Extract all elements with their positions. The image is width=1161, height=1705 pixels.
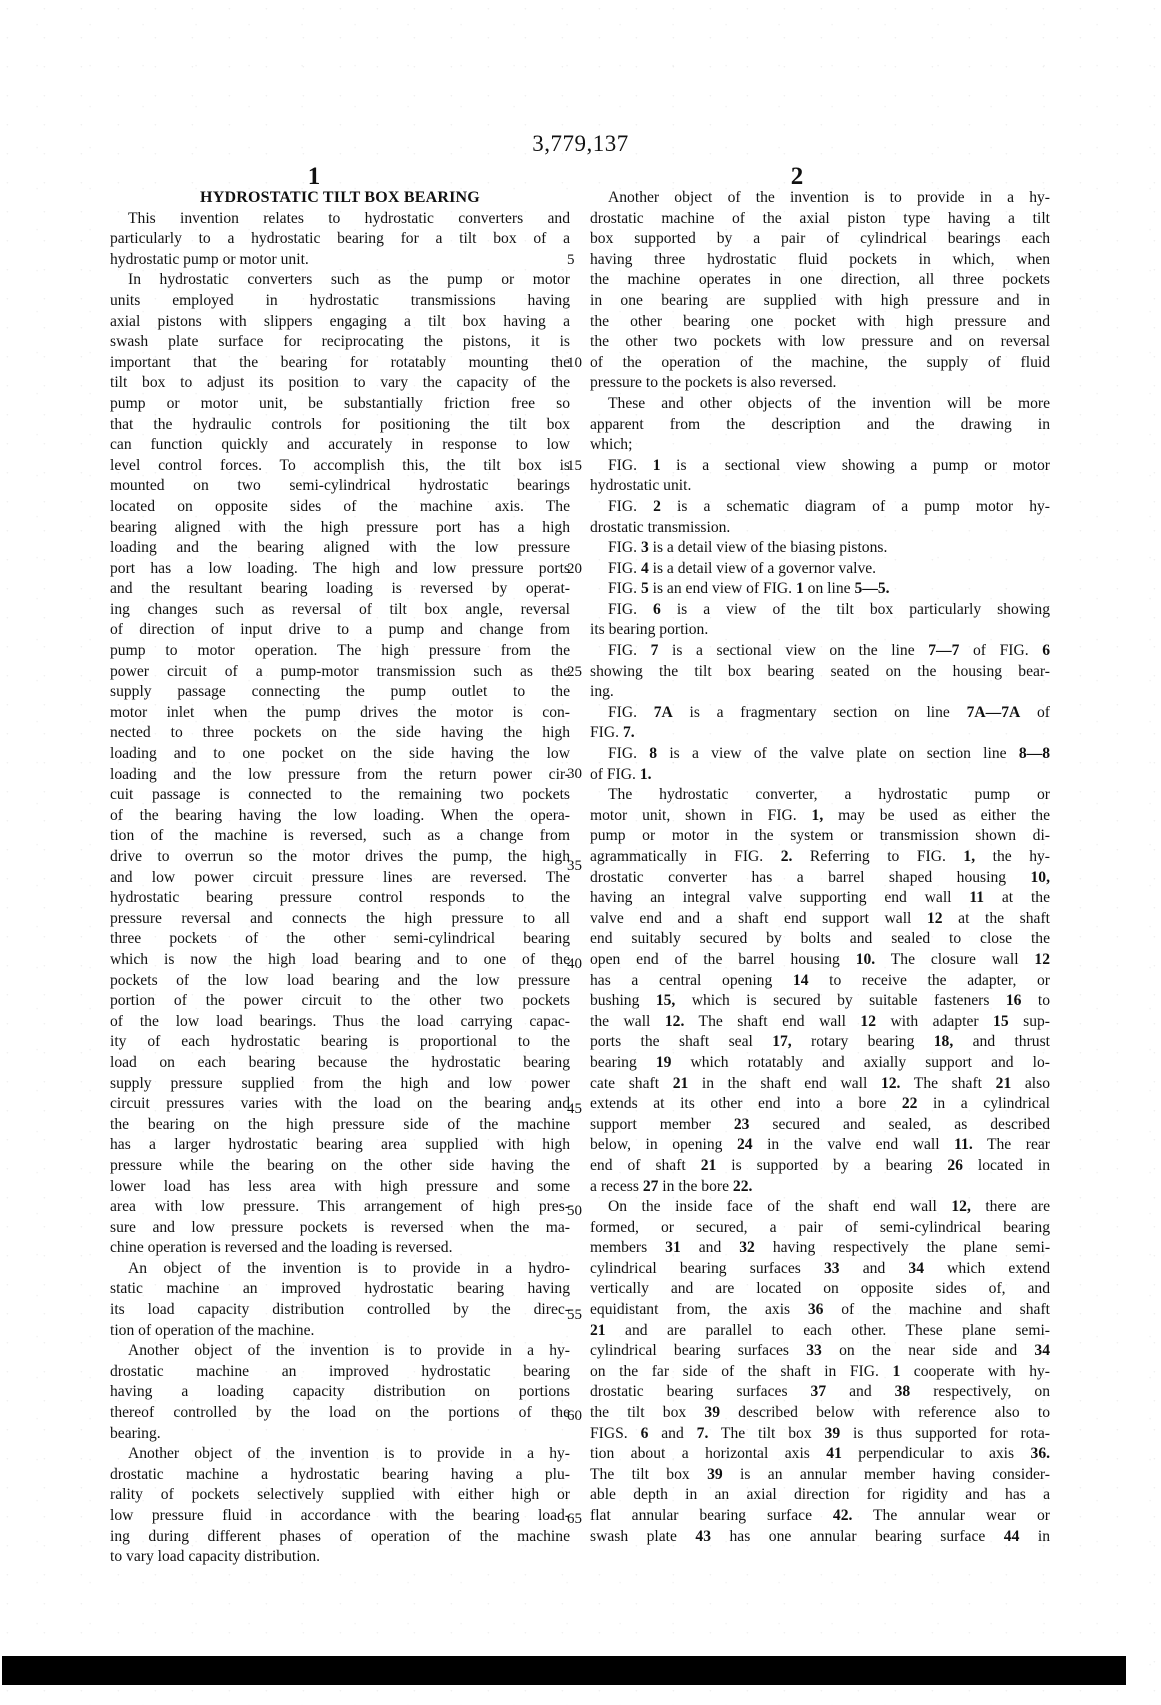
text-line: In hydrostatic converters such as the pu… [110,270,570,291]
text-line: pressure reversal and connects the high … [110,909,570,930]
text-line: FIG. 5 is an end view of FIG. 1 on line … [590,579,1050,600]
text-line: FIG. 1 is a sectional view showing a pum… [590,456,1050,477]
scan-border-bar [2,1656,1126,1685]
margin-line-number: 65 [567,1511,587,1528]
reference-numeral: 36. [1031,1445,1051,1462]
text-line: having a loading capacity distribution o… [110,1382,570,1403]
text-line: motor inlet when the pump drives the mot… [110,703,570,724]
text-line: FIG. 6 is a view of the tilt box particu… [590,600,1050,621]
text-line: able depth in an axial direction for rig… [590,1485,1050,1506]
text-line: FIG. 2 is a schematic diagram of a pump … [590,497,1050,518]
text-line: that the hydraulic controls for position… [110,415,570,436]
text-line: cylindrical bearing surfaces 33 on the n… [590,1341,1050,1362]
reference-numeral: 3 [641,539,649,556]
text-line: below, in opening 24 in the valve end wa… [590,1135,1050,1156]
left-column-body: This invention relates to hydrostatic co… [110,209,570,1568]
text-line: FIG. 7A is a fragmentary section on line… [590,703,1050,724]
reference-numeral: 21 [996,1075,1012,1092]
reference-numeral: 1, [812,807,824,824]
reference-numeral: 7. [697,1425,709,1442]
reference-numeral: 38 [895,1383,911,1400]
text-line: tion about a horizontal axis 41 perpendi… [590,1444,1050,1465]
text-line: loading and to one pocket on the side ha… [110,744,570,765]
text-line: ing during different phases of operation… [110,1527,570,1548]
text-line: loading and the bearing aligned with the… [110,538,570,559]
reference-numeral: 7 [651,642,659,659]
text-line: bearing aligned with the high pressure p… [110,518,570,539]
reference-numeral: 36 [808,1301,824,1318]
text-line: drostatic bearing surfaces 37 and 38 res… [590,1382,1050,1403]
reference-numeral: 10, [1031,869,1051,886]
left-column: HYDROSTATIC TILT BOX BEARING This invent… [110,188,570,1568]
text-line: showing the tilt box bearing seated on t… [590,662,1050,683]
text-line: cuit passage is connected to the remaini… [110,785,570,806]
text-line: the other bearing one pocket with high p… [590,312,1050,333]
margin-line-number: 55 [567,1307,587,1324]
text-line: thereof controlled by the load on the po… [110,1403,570,1424]
reference-numeral: 15 [993,1013,1009,1030]
text-line: loading and the low pressure from the re… [110,765,570,786]
text-line: the bearing on the high pressure side of… [110,1115,570,1136]
right-column-body: Another object of the invention is to pr… [590,188,1050,1547]
reference-numeral: 1 [653,457,661,474]
reference-numeral: 39 [704,1404,720,1421]
text-line: lower load has less area with high press… [110,1177,570,1198]
text-line: the tilt box 39 described below with ref… [590,1403,1050,1424]
reference-numeral: 21 [701,1157,717,1174]
text-line: valve end and a shaft end support wall 1… [590,909,1050,930]
reference-numeral: 8 [649,745,657,762]
reference-numeral: 21 [590,1322,606,1339]
reference-numeral: 32 [739,1239,755,1256]
text-line: end of shaft 21 is supported by a bearin… [590,1156,1050,1177]
text-line: pressure to the pockets is also reversed… [590,373,1050,394]
text-line: area with low pressure. This arrangement… [110,1197,570,1218]
text-line: pump or motor in the system or transmiss… [590,826,1050,847]
reference-numeral: 4 [641,560,649,577]
reference-numeral: 31 [665,1239,681,1256]
reference-numeral: 1 [892,1363,900,1380]
text-line: having an integral valve supporting end … [590,888,1050,909]
text-line: hydrostatic unit. [590,476,1050,497]
text-line: motor unit, shown in FIG. 1, may be used… [590,806,1050,827]
reference-numeral: 33 [806,1342,822,1359]
text-line: tion of the machine is reversed, such as… [110,826,570,847]
reference-numeral: 37 [811,1383,827,1400]
text-line: FIG. 8 is a view of the valve plate on s… [590,744,1050,765]
text-line: Another object of the invention is to pr… [110,1444,570,1465]
text-line: located on opposite sides of the machine… [110,497,570,518]
text-line: of FIG. 1. [590,765,1050,786]
reference-numeral: 16 [1006,992,1022,1009]
right-column: Another object of the invention is to pr… [590,188,1050,1547]
column-number-left: 1 [284,163,344,191]
reference-numeral: 22 [902,1095,918,1112]
reference-numeral: 6 [653,601,661,618]
text-line: mounted on two semi-cylindrical hydrosta… [110,476,570,497]
margin-line-number: 25 [567,664,587,681]
text-line: These and other objects of the invention… [590,394,1050,415]
reference-numeral: 12, [951,1198,971,1215]
reference-numeral: 26 [947,1157,963,1174]
text-line: pockets of the low load bearing and the … [110,971,570,992]
text-line: portion of the power circuit to the othe… [110,991,570,1012]
text-line: An object of the invention is to provide… [110,1259,570,1280]
reference-numeral: 12. [881,1075,901,1092]
text-line: ports the shaft seal 17, rotary bearing … [590,1032,1050,1053]
text-line: supply passage connecting the pump outle… [110,682,570,703]
reference-numeral: 12 [1034,951,1050,968]
text-line: of the low load bearings. Thus the load … [110,1012,570,1033]
text-line: having three hydrostatic fluid pockets i… [590,250,1050,271]
reference-numeral: 17, [772,1033,792,1050]
reference-numeral: 24 [737,1136,753,1153]
text-line: ing changes such as reversal of tilt box… [110,600,570,621]
text-line: and low power circuit pressure lines are… [110,868,570,889]
text-line: the machine operates in one direction, a… [590,270,1050,291]
margin-line-number: 20 [567,561,587,578]
text-line: load on each bearing because the hydrost… [110,1053,570,1074]
reference-numeral: 41 [826,1445,842,1462]
margin-line-number: 15 [567,458,587,475]
reference-numeral: 6 [1042,642,1050,659]
text-line: cylindrical bearing surfaces 33 and 34 w… [590,1259,1050,1280]
reference-numeral: 14 [793,972,809,989]
text-line: The hydrostatic converter, a hydrostatic… [590,785,1050,806]
text-line: FIG. 7. [590,723,1050,744]
text-line: equidistant from, the axis 36 of the mac… [590,1300,1050,1321]
text-line: level control forces. To accomplish this… [110,456,570,477]
text-line: pump or motor unit, be substantially fri… [110,394,570,415]
reference-numeral: 12 [860,1013,876,1030]
text-line: bearing. [110,1424,570,1445]
text-line: power circuit of a pump-motor transmissi… [110,662,570,683]
text-line: Another object of the invention is to pr… [590,188,1050,209]
text-line: of direction of input drive to a pump an… [110,620,570,641]
reference-numeral: 2. [781,848,793,865]
reference-numeral: 15, [656,992,676,1009]
text-line: flat annular bearing surface 42. The ann… [590,1506,1050,1527]
text-line: ity of each hydrostatic bearing is propo… [110,1032,570,1053]
reference-numeral: 42. [833,1507,853,1524]
text-line: can function quickly and accurately in r… [110,435,570,456]
text-line: extends at its other end into a bore 22 … [590,1094,1050,1115]
text-line: the wall 12. The shaft end wall 12 with … [590,1012,1050,1033]
text-line: chine operation is reversed and the load… [110,1238,570,1259]
reference-numeral: 44 [1004,1528,1020,1545]
text-line: units employed in hydrostatic transmissi… [110,291,570,312]
text-line: nected to three pockets on the side havi… [110,723,570,744]
reference-numeral: 5 [641,580,649,597]
text-line: apparent from the description and the dr… [590,415,1050,436]
text-line: in one bearing are supplied with high pr… [590,291,1050,312]
patent-number: 3,779,137 [0,131,1161,157]
reference-numeral: 5—5. [854,580,889,597]
text-line: support member 23 secured and sealed, as… [590,1115,1050,1136]
text-line: its bearing portion. [590,620,1050,641]
text-line: hydrostatic bearing pressure control res… [110,888,570,909]
reference-numeral: 11 [969,889,984,906]
text-line: Another object of the invention is to pr… [110,1341,570,1362]
reference-numeral: 39 [707,1466,723,1483]
text-line: end suitably secured by bolts and sealed… [590,929,1050,950]
reference-numeral: 11. [954,1136,973,1153]
column-number-right: 2 [767,163,827,191]
text-line: which; [590,435,1050,456]
reference-numeral: 1. [640,766,652,783]
reference-numeral: 7—7 [928,642,959,659]
reference-numeral: 7A—7A [967,704,1021,721]
text-line: bearing 19 which rotatably and axially s… [590,1053,1050,1074]
text-line: low pressure fluid in accordance with th… [110,1506,570,1527]
margin-line-number: 30 [567,766,587,783]
text-line: its load capacity distribution controlle… [110,1300,570,1321]
reference-numeral: 18, [934,1033,954,1050]
reference-numeral: 1, [963,848,975,865]
text-line: The tilt box 39 is an annular member hav… [590,1465,1050,1486]
reference-numeral: 2 [653,498,661,515]
text-line: important that the bearing for rotatably… [110,353,570,374]
text-line: rality of pockets selectively supplied w… [110,1485,570,1506]
text-line: axial pistons with slippers engaging a t… [110,312,570,333]
reference-numeral: 19 [656,1054,672,1071]
text-line: drostatic transmission. [590,518,1050,539]
text-line: swash plate surface for reciprocating th… [110,332,570,353]
reference-numeral: 12. [665,1013,685,1030]
reference-numeral: 7A [654,704,673,721]
text-line: has a larger hydrostatic bearing area su… [110,1135,570,1156]
text-line: FIGS. 6 and 7. The tilt box 39 is thus s… [590,1424,1050,1445]
text-line: pressure while the bearing on the other … [110,1156,570,1177]
reference-numeral: 21 [673,1075,689,1092]
reference-numeral: 39 [825,1425,841,1442]
reference-numeral: 34 [908,1260,924,1277]
reference-numeral: 34 [1034,1342,1050,1359]
text-line: hydrostatic pump or motor unit. [110,250,570,271]
reference-numeral: 22. [733,1178,753,1195]
text-line: supply pressure supplied from the high a… [110,1074,570,1095]
margin-line-number: 60 [567,1408,587,1425]
reference-numeral: 10. [856,951,876,968]
text-line: This invention relates to hydrostatic co… [110,209,570,230]
text-line: a recess 27 in the bore 22. [590,1177,1050,1198]
text-line: ing. [590,682,1050,703]
text-line: open end of the barrel housing 10. The c… [590,950,1050,971]
text-line: tion of operation of the machine. [110,1321,570,1342]
reference-numeral: 33 [824,1260,840,1277]
text-line: tilt box to adjust its position to vary … [110,373,570,394]
margin-line-number: 40 [567,956,587,973]
text-line: box supported by a pair of cylindrical b… [590,229,1050,250]
text-line: 21 and are parallel to each other. These… [590,1321,1050,1342]
reference-numeral: 1 [796,580,804,597]
text-line: formed, or secured, a pair of semi-cylin… [590,1218,1050,1239]
text-line: FIG. 4 is a detail view of a governor va… [590,559,1050,580]
margin-line-number: 35 [567,858,587,875]
reference-numeral: 8—8 [1019,745,1050,762]
text-line: FIG. 3 is a detail view of the biasing p… [590,538,1050,559]
text-line: pump to motor operation. The high pressu… [110,641,570,662]
text-line: cate shaft 21 in the shaft end wall 12. … [590,1074,1050,1095]
text-line: drostatic machine an improved hydrostati… [110,1362,570,1383]
text-line: to vary load capacity distribution. [110,1547,570,1568]
text-line: members 31 and 32 having respectively th… [590,1238,1050,1259]
text-line: drostatic converter has a barrel shaped … [590,868,1050,889]
text-line: circuit pressures varies with the load o… [110,1094,570,1115]
text-line: and the resultant bearing loading is rev… [110,579,570,600]
margin-line-number: 50 [567,1203,587,1220]
text-line: drive to overrun so the motor drives the… [110,847,570,868]
text-line: the other two pockets with low pressure … [590,332,1050,353]
text-line: of the bearing having the low loading. W… [110,806,570,827]
text-line: bushing 15, which is secured by suitable… [590,991,1050,1012]
text-line: swash plate 43 has one annular bearing s… [590,1527,1050,1548]
reference-numeral: 27 [643,1178,659,1195]
text-line: has a central opening 14 to receive the … [590,971,1050,992]
text-line: vertically and are located on opposite s… [590,1279,1050,1300]
text-line: on the far side of the shaft in FIG. 1 c… [590,1362,1050,1383]
text-line: agrammatically in FIG. 2. Referring to F… [590,847,1050,868]
margin-line-number: 45 [567,1101,587,1118]
text-line: of the operation of the machine, the sup… [590,353,1050,374]
text-line: On the inside face of the shaft end wall… [590,1197,1050,1218]
text-line: particularly to a hydrostatic bearing fo… [110,229,570,250]
reference-numeral: 43 [695,1528,711,1545]
text-line: sure and low pressure pockets is reverse… [110,1218,570,1239]
reference-numeral: 23 [734,1116,750,1133]
text-line: FIG. 7 is a sectional view on the line 7… [590,641,1050,662]
reference-numeral: 6 [641,1425,649,1442]
document-title: HYDROSTATIC TILT BOX BEARING [110,188,570,209]
margin-line-number: 10 [567,355,587,372]
text-line: static machine an improved hydrostatic b… [110,1279,570,1300]
text-line: three pockets of the other semi-cylindri… [110,929,570,950]
text-line: port has a low loading. The high and low… [110,559,570,580]
reference-numeral: 12 [927,910,943,927]
reference-numeral: 7. [623,724,635,741]
text-line: drostatic machine of the axial piston ty… [590,209,1050,230]
text-line: which is now the high load bearing and t… [110,950,570,971]
margin-line-number: 5 [567,252,587,269]
text-line: drostatic machine a hydrostatic bearing … [110,1465,570,1486]
